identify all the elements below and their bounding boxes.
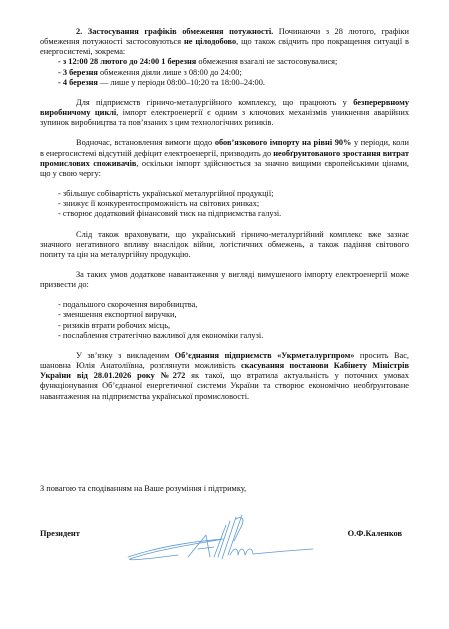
signatory-name: О.Ф.Каленков bbox=[348, 529, 402, 538]
document-page: 2. Застосування графіків обмеження потуж… bbox=[0, 0, 449, 629]
paragraph-import: Водночас, встановлення вимоги щодо обов’… bbox=[40, 138, 409, 179]
paragraph-war: Слід також враховувати, що український г… bbox=[40, 230, 409, 260]
signature-block: Президент О.Ф.Каленков bbox=[40, 529, 409, 549]
section-2-heading: 2. Застосування графіків обмеження потуж… bbox=[76, 27, 273, 36]
letter-body: 2. Застосування графіків обмеження потуж… bbox=[40, 27, 409, 402]
paragraph-conditions: За таких умов додаткове навантаження у в… bbox=[40, 270, 409, 290]
list-item: - 4 березня — лише у періоди 08:00–10:20… bbox=[40, 78, 409, 88]
list-item: - зменшення експортної виручки, bbox=[40, 310, 409, 320]
list-item: - ризиків втрати робочих місць, bbox=[40, 321, 409, 331]
signatory-title: Президент bbox=[40, 529, 80, 538]
paragraph-mining: Для підприємств гірничо-металургійного к… bbox=[40, 98, 409, 128]
list-item: - подальшого скорочення виробництва, bbox=[40, 300, 409, 310]
list-item: - створює додатковий фінансовий тиск на … bbox=[40, 209, 409, 219]
list-item: - 3 березня обмеження діяли лише з 08:00… bbox=[40, 68, 409, 78]
list-item: - знижує її конкурентоспроможність на св… bbox=[40, 199, 409, 209]
list-item: - послаблення стратегічно важливої для е… bbox=[40, 331, 409, 341]
closing-line: З повагою та сподіванням на Ваше розумін… bbox=[40, 484, 246, 493]
paragraph-request: У зв’язку з викладеним Об’єднання підпри… bbox=[40, 351, 409, 402]
list-item: - збільшує собівартість української мета… bbox=[40, 189, 409, 199]
section-2-intro: 2. Застосування графіків обмеження потуж… bbox=[40, 27, 409, 57]
list-item: - з 12:00 28 лютого до 24:00 1 березня о… bbox=[40, 57, 409, 67]
